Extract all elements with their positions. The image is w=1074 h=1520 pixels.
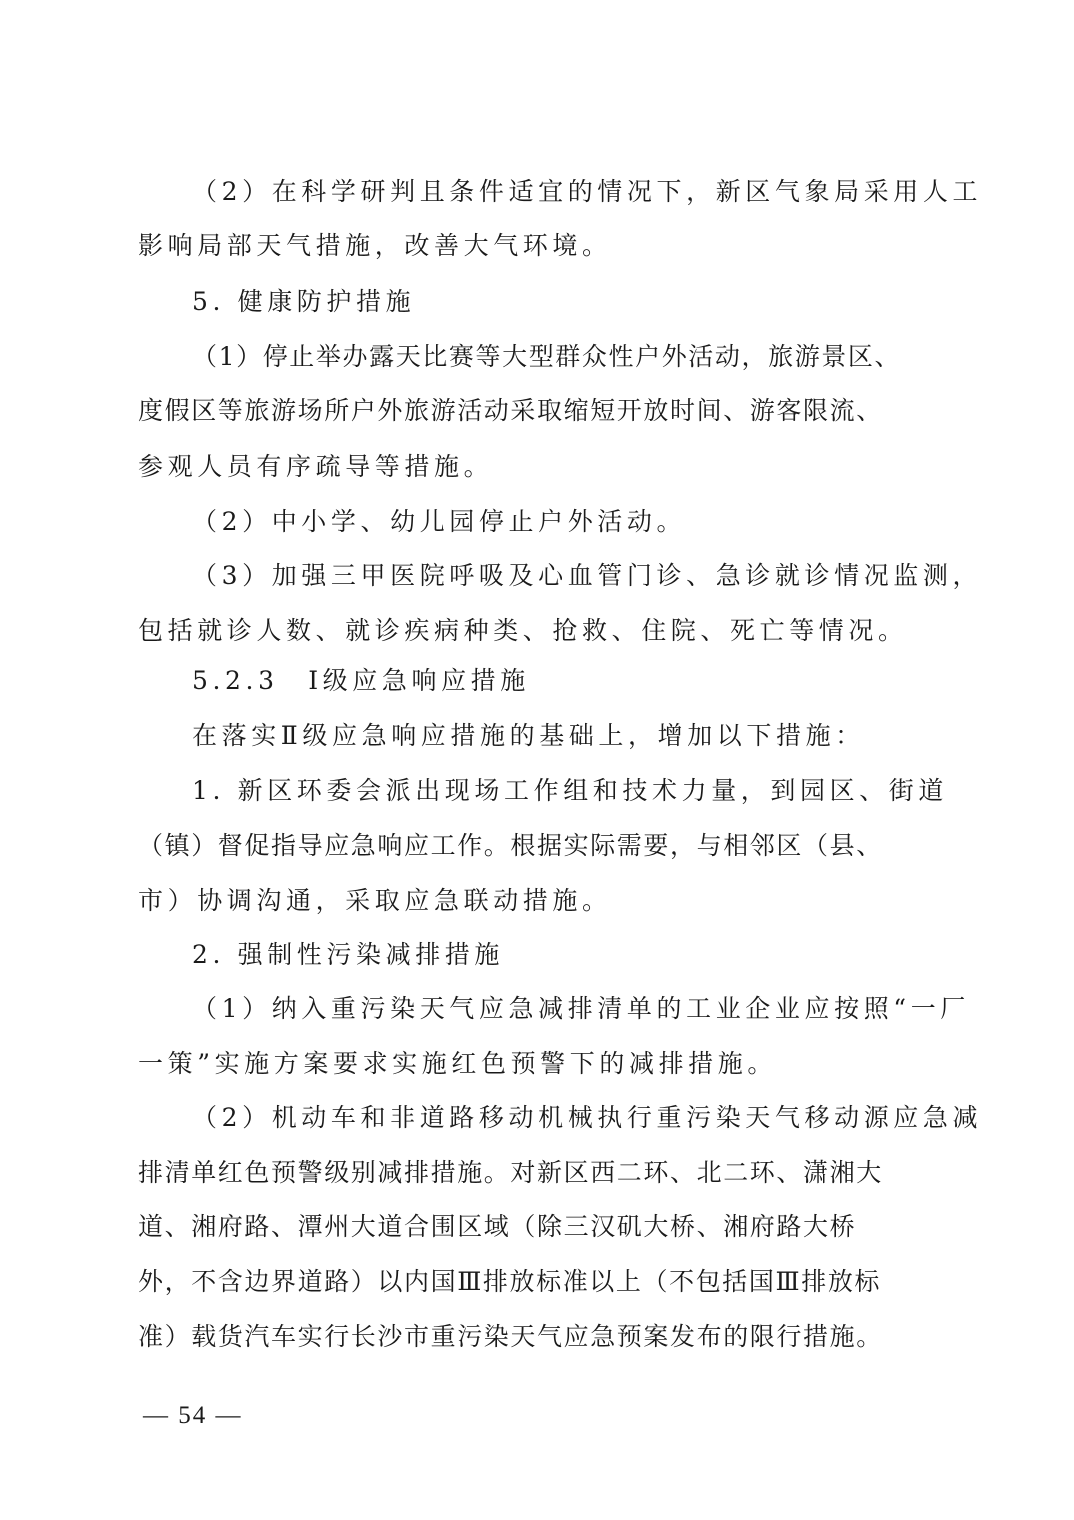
- paragraph-line: 1. 新区环委会派出现场工作组和技术力量，到园区、街道: [192, 773, 938, 809]
- section-heading: 5. 健康防护措施: [192, 284, 938, 320]
- paragraph-line: 在落实Ⅱ级应急响应措施的基础上，增加以下措施：: [192, 718, 938, 754]
- paragraph-line: 参观人员有序疏导等措施。: [138, 449, 938, 485]
- paragraph-line: 准）载货汽车实行长沙市重污染天气应急预案发布的限行措施。: [138, 1319, 938, 1355]
- paragraph-line: 一策”实施方案要求实施红色预警下的减排措施。: [138, 1046, 938, 1082]
- paragraph-line: 排清单红色预警级别减排措施。对新区西二环、北二环、潇湘大: [138, 1155, 938, 1191]
- page-number: — 54 —: [143, 1398, 243, 1434]
- paragraph-line: （2）机动车和非道路移动机械执行重污染天气移动源应急减: [192, 1100, 938, 1136]
- paragraph-line: （2）在科学研判且条件适宜的情况下，新区气象局采用人工: [192, 174, 938, 210]
- paragraph-line: （1）纳入重污染天气应急减排清单的工业企业应按照“一厂: [192, 991, 938, 1027]
- paragraph-line: （3）加强三甲医院呼吸及心血管门诊、急诊就诊情况监测，: [192, 558, 938, 594]
- section-heading: 2. 强制性污染减排措施: [192, 937, 938, 973]
- paragraph-line: （1）停止举办露天比赛等大型群众性户外活动，旅游景区、: [192, 339, 938, 375]
- section-heading: 5.2.3 Ⅰ级应急响应措施: [192, 663, 938, 699]
- paragraph-line: 市）协调沟通，采取应急联动措施。: [138, 883, 938, 919]
- paragraph-line: 影响局部天气措施，改善大气环境。: [138, 228, 938, 264]
- paragraph-line: 道、湘府路、潭州大道合围区域（除三汉矶大桥、湘府路大桥: [138, 1209, 938, 1245]
- paragraph-line: （2）中小学、幼儿园停止户外活动。: [192, 504, 938, 540]
- paragraph-line: 包括就诊人数、就诊疾病种类、抢救、住院、死亡等情况。: [138, 613, 938, 649]
- document-page: （2）在科学研判且条件适宜的情况下，新区气象局采用人工 影响局部天气措施，改善大…: [0, 0, 1074, 1520]
- paragraph-line: 度假区等旅游场所户外旅游活动采取缩短开放时间、游客限流、: [138, 393, 938, 429]
- paragraph-line: 外，不含边界道路）以内国Ⅲ排放标准以上（不包括国Ⅲ排放标: [138, 1264, 938, 1300]
- paragraph-line: （镇）督促指导应急响应工作。根据实际需要，与相邻区（县、: [138, 828, 938, 864]
